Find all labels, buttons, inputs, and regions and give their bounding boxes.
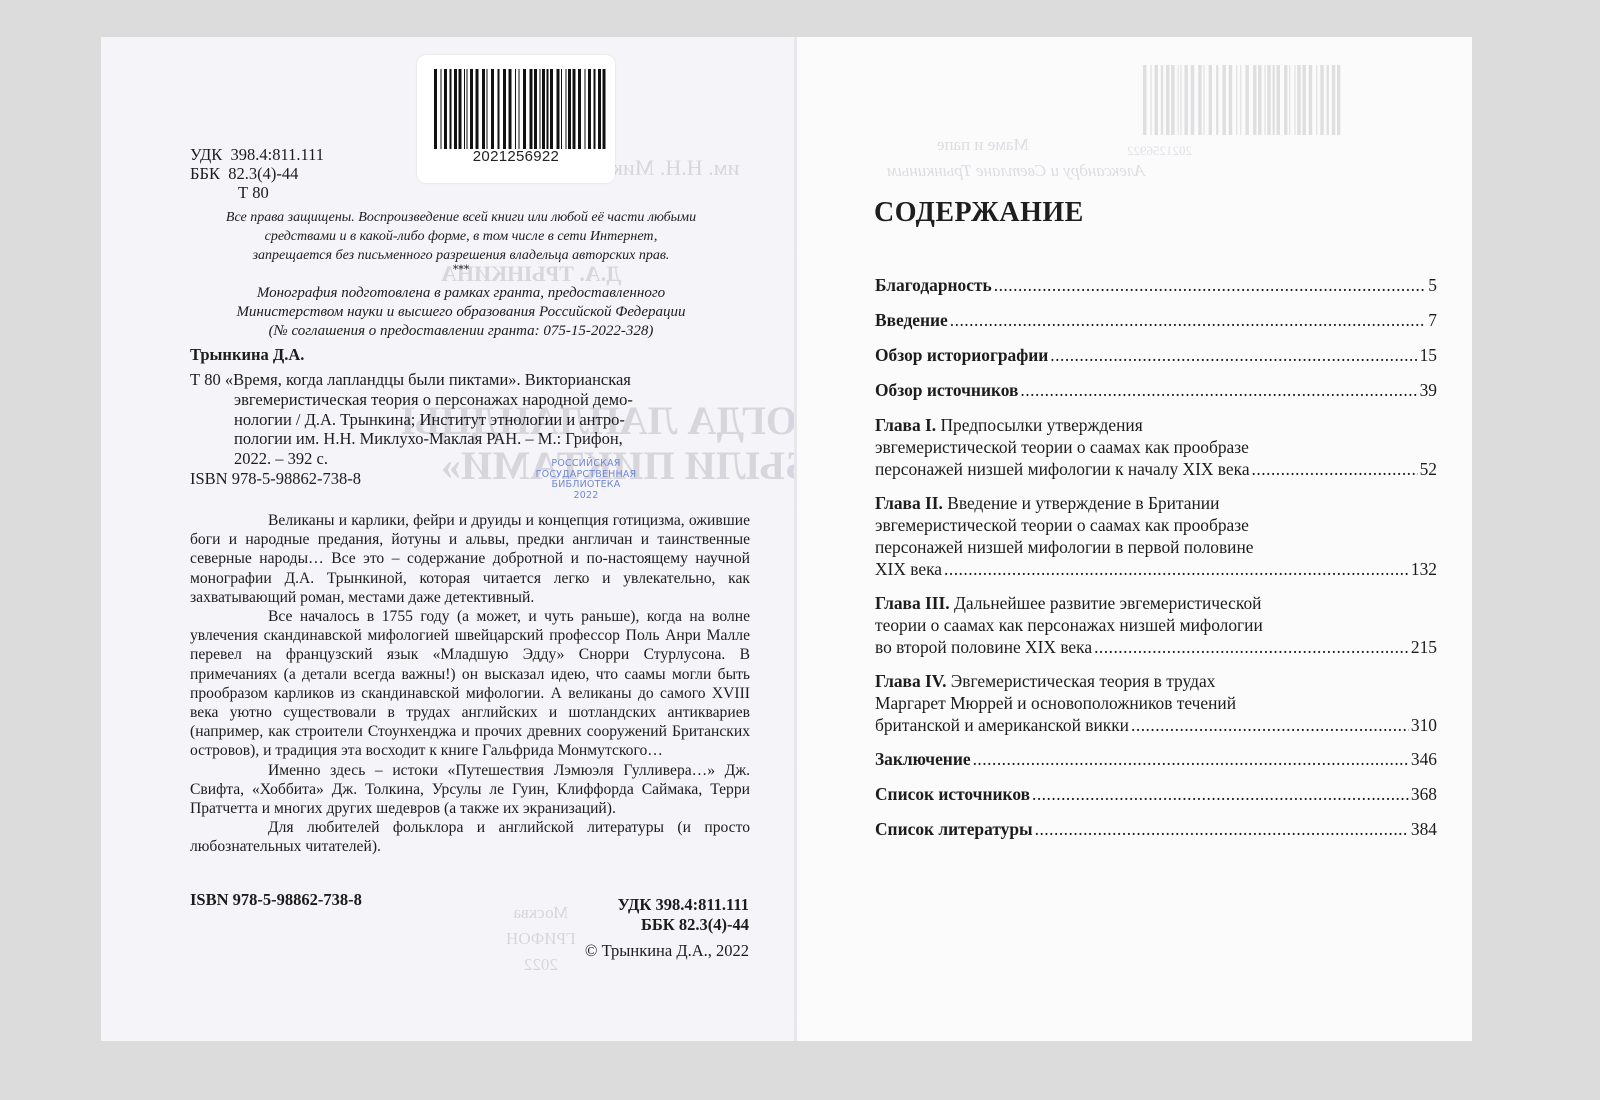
barcode-icon [434, 69, 606, 149]
footer-bbk: ББК 82.3(4)-44 [618, 915, 749, 935]
barcode-number: 2021256922 [417, 148, 615, 165]
show-through-text: 2021256922 [1127, 143, 1192, 159]
show-through-text: Александру и Светлане Трынкиным [887, 161, 1145, 181]
toc-label: Введение [875, 310, 948, 330]
toc-text: Введение и утверждение в Британии [947, 493, 1219, 513]
copyright: © Трынкина Д.А., 2022 [585, 941, 749, 961]
toc-page-number: 310 [1411, 714, 1437, 736]
toc-label: Глава I. [875, 415, 936, 435]
show-through-text: Маме и папе [937, 135, 1029, 155]
toc-page-number: 15 [1420, 344, 1437, 366]
classification-codes: УДК 398.4:811.111 ББК 82.3(4)-44 Т 80 [190, 145, 324, 202]
biblio-line: нологии / Д.А. Трынкина; Институт этноло… [190, 410, 750, 430]
toc-label: Список литературы [875, 819, 1033, 839]
toc-text: XIX века [875, 559, 942, 579]
toc-text: персонажей низшей мифологии в первой пол… [875, 537, 1254, 557]
table-of-contents: Благодарность5Введение7Обзор историограф… [875, 274, 1437, 840]
toc-text: эвгемеристической теории о саамах как пр… [875, 437, 1249, 457]
toc-label: Глава IV. [875, 671, 946, 691]
rights-line: средствами и в какой-либо форме, в том ч… [171, 227, 751, 246]
toc-page-number: 5 [1428, 274, 1437, 296]
annotation-paragraph: Именно здесь – истоки «Путешествия Лэмюэ… [190, 761, 750, 819]
toc-page-number: 39 [1420, 379, 1437, 401]
toc-entry[interactable]: Глава II. Введение и утверждение в Брита… [875, 492, 1437, 580]
toc-text: теории о саамах как персонажах низшей ми… [875, 615, 1263, 635]
toc-entry[interactable]: Глава IV. Эвгемеристическая теория в тру… [875, 670, 1437, 736]
show-through-barcode-icon [1143, 65, 1341, 135]
biblio-line: Т 80 «Время, когда лапландцы были пиктам… [190, 370, 750, 390]
dot-leader [994, 274, 1427, 296]
toc-text: во второй половине XIX века [875, 637, 1092, 657]
library-stamp: РОССИЙСКАЯ ГОСУДАРСТВЕННАЯ БИБЛИОТЕКА 20… [521, 459, 651, 501]
dot-leader [1035, 818, 1409, 840]
grant-line: Министерством науки и высшего образовани… [171, 303, 751, 322]
dot-leader [1032, 783, 1409, 805]
barcode-sticker: 2021256922 [417, 55, 615, 183]
toc-entry[interactable]: Заключение346 [875, 748, 1437, 770]
biblio-line: 2022. – 392 с. [190, 449, 750, 469]
toc-page-number: 384 [1411, 818, 1437, 840]
toc-page-number: 132 [1411, 558, 1437, 580]
contents-page: 2021256922 Маме и папе Александру и Свет… [797, 37, 1472, 1041]
toc-label: Заключение [875, 749, 971, 769]
biblio-line: эвгемеристическая теория о персонажах на… [190, 390, 750, 410]
toc-text: Дальнейшее развитие эвгемеристической [954, 593, 1261, 613]
toc-label: Обзор историографии [875, 345, 1048, 365]
toc-text: Эвгемеристическая теория в трудах [951, 671, 1216, 691]
toc-label: Благодарность [875, 275, 992, 295]
grant-line: (№ соглашения о предоставлении гранта: 0… [171, 322, 751, 341]
grant-notice: Монография подготовлена в рамках гранта,… [171, 284, 751, 341]
bibliographic-record: Т 80 «Время, когда лапландцы были пиктам… [190, 370, 750, 469]
toc-entry[interactable]: Обзор источников39 [875, 379, 1437, 401]
rights-notice: Все права защищены. Воспроизведение всей… [171, 208, 751, 265]
footer-codes: УДК 398.4:811.111 ББК 82.3(4)-44 [618, 895, 749, 935]
toc-text: британской и американской викки [875, 715, 1129, 735]
toc-label: Глава II. [875, 493, 943, 513]
toc-entry[interactable]: Глава I. Предпосылки утвержденияэвгемери… [875, 414, 1437, 480]
toc-page-number: 346 [1411, 748, 1437, 770]
rights-line: Все права защищены. Воспроизведение всей… [171, 208, 751, 227]
toc-entry[interactable]: Введение7 [875, 309, 1437, 331]
toc-entry[interactable]: Благодарность5 [875, 274, 1437, 296]
dot-leader [1094, 636, 1409, 658]
book-spread: «ВРЕМЯ, КОГДА ЛАПЛАНДЦЫ БЫЛИ ПИКТАМИ» им… [101, 37, 1472, 1041]
dot-leader [950, 309, 1427, 331]
stamp-line: РОССИЙСКАЯ [521, 459, 651, 470]
toc-label: Глава III. [875, 593, 950, 613]
footer-udk: УДК 398.4:811.111 [618, 895, 749, 915]
toc-page-number: 7 [1428, 309, 1437, 331]
dot-leader [1050, 344, 1417, 366]
toc-page-number: 215 [1411, 636, 1437, 658]
stamp-line: 2022 [521, 491, 651, 502]
annotation: Великаны и карлики, фейри и друиды и кон… [190, 511, 750, 857]
dot-leader [973, 748, 1409, 770]
toc-entry[interactable]: Глава III. Дальнейшее развитие эвгемерис… [875, 592, 1437, 658]
dot-leader [1131, 714, 1409, 736]
annotation-paragraph: Все началось в 1755 году (а может, и чут… [190, 607, 750, 761]
toc-text: Предпосылки утверждения [940, 415, 1142, 435]
isbn: ISBN 978-5-98862-738-8 [190, 469, 361, 489]
bbk-code: ББК 82.3(4)-44 [190, 164, 324, 183]
toc-page-number: 52 [1420, 458, 1437, 480]
toc-text: Маргарет Мюррей и основоположников течен… [875, 693, 1236, 713]
toc-entry[interactable]: Список литературы384 [875, 818, 1437, 840]
dot-leader [1020, 379, 1417, 401]
annotation-paragraph: Великаны и карлики, фейри и друиды и кон… [190, 511, 750, 607]
grant-line: Монография подготовлена в рамках гранта,… [171, 284, 751, 303]
toc-page-number: 368 [1411, 783, 1437, 805]
separator: *** [171, 263, 751, 276]
toc-text: персонажей низшей мифологии к началу XIX… [875, 459, 1250, 479]
toc-label: Список источников [875, 784, 1030, 804]
toc-entry[interactable]: Обзор историографии15 [875, 344, 1437, 366]
toc-text: эвгемеристической теории о саамах как пр… [875, 515, 1249, 535]
author-name: Трынкина Д.А. [190, 345, 304, 365]
page-title: СОДЕРЖАНИЕ [874, 197, 1084, 229]
toc-entry[interactable]: Список источников368 [875, 783, 1437, 805]
udk-code: УДК 398.4:811.111 [190, 145, 324, 164]
dot-leader [1252, 458, 1418, 480]
annotation-paragraph: Для любителей фольклора и английской лит… [190, 818, 750, 856]
dot-leader [944, 558, 1409, 580]
toc-label: Обзор источников [875, 380, 1018, 400]
footer-isbn: ISBN 978-5-98862-738-8 [190, 890, 362, 910]
author-mark: Т 80 [190, 183, 324, 202]
biblio-line: пологии им. Н.Н. Миклухо-Маклая РАН. – М… [190, 429, 750, 449]
stamp-line: БИБЛИОТЕКА [521, 480, 651, 491]
imprint-page: «ВРЕМЯ, КОГДА ЛАПЛАНДЦЫ БЫЛИ ПИКТАМИ» им… [101, 37, 797, 1041]
show-through-text: МоскваГРИФОН2022 [506, 900, 576, 978]
